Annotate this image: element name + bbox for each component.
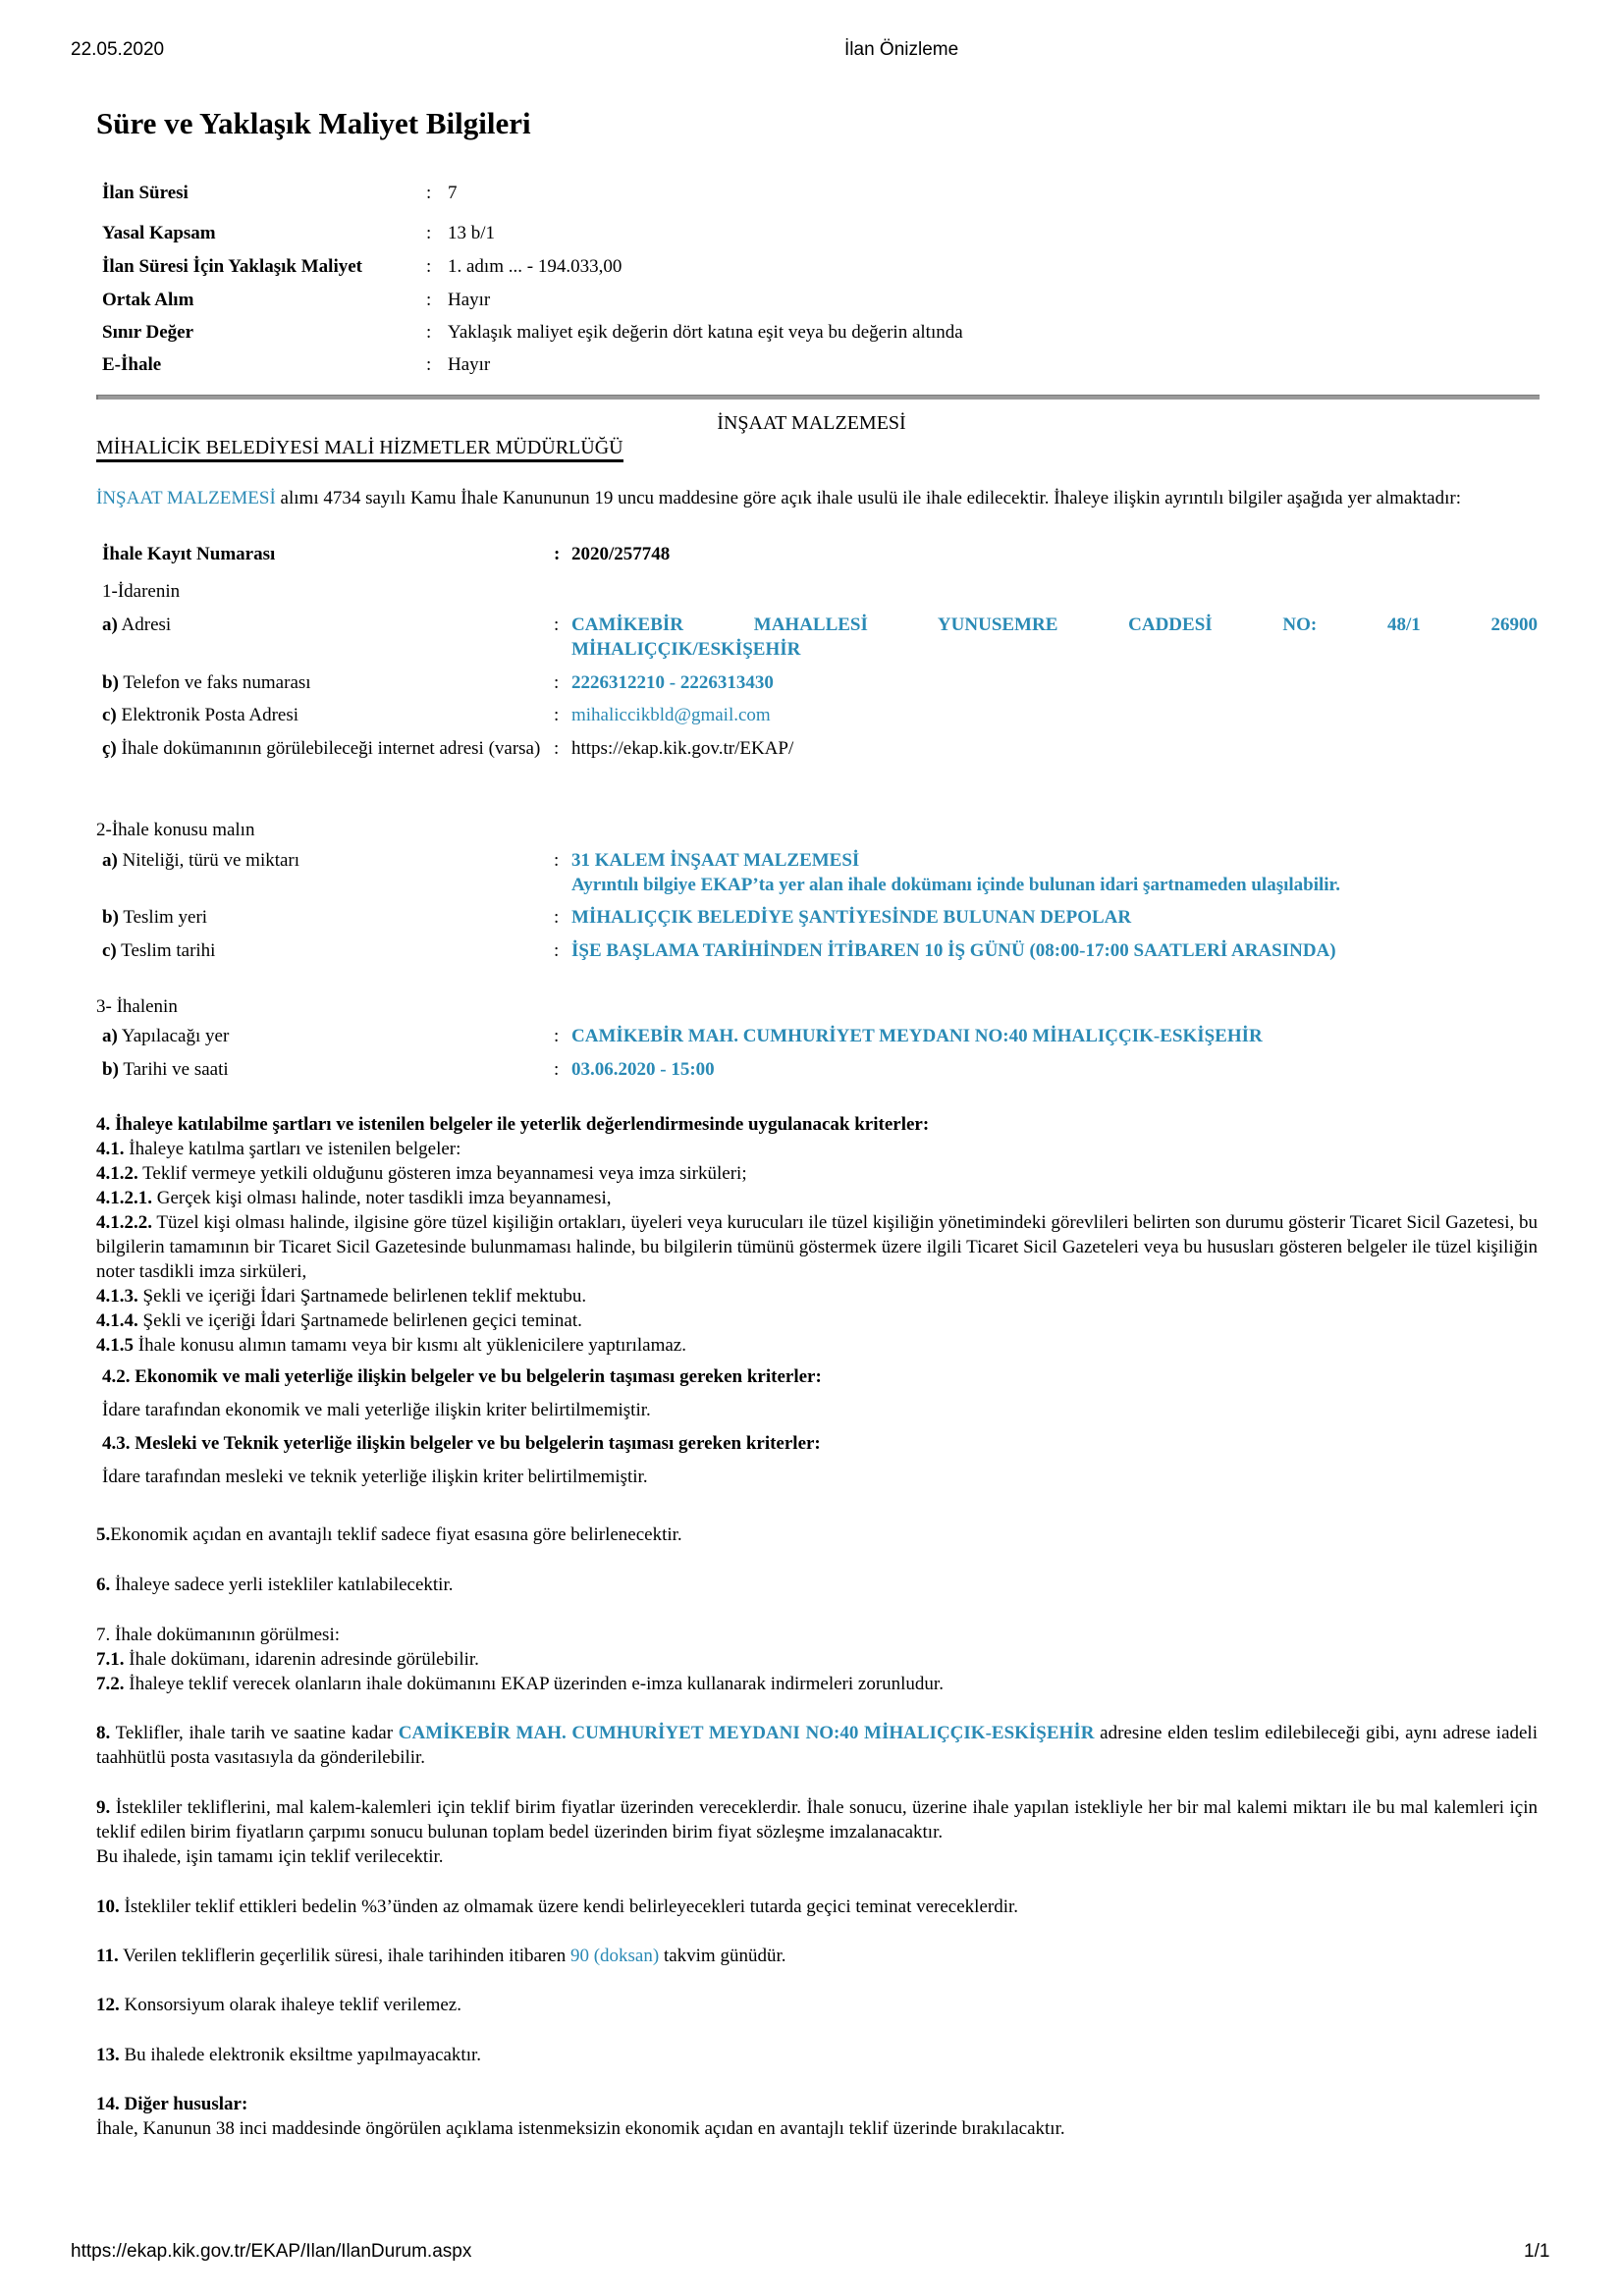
detail-row: ç) İhale dokümanının görülebileceği inte… [102,736,1538,761]
detail-row: a) Yapılacağı yer : CAMİKEBİR MAH. CUMHU… [102,1024,1538,1048]
item-9: 9. İstekliler tekliflerini, mal kalem-ka… [96,1795,1538,1844]
delivery-date: İŞE BAŞLAMA TARİHİNDEN İTİBAREN 10 İŞ GÜ… [571,938,1538,963]
section-1-heading: 1-İdarenin [102,579,180,604]
section-4-2-heading: 4.2. Ekonomik ve mali yeterliğe ilişkin … [102,1364,1543,1389]
detail-row: b) Teslim yeri : MİHALIÇÇIK BELEDİYE ŞAN… [102,905,1538,930]
summary-value: Hayır [448,290,1182,319]
summary-label: İlan Süresi [102,183,426,212]
item-10: 10. İstekliler teklif ettikleri bedelin … [96,1895,1538,1919]
intro-paragraph: İNŞAAT MALZEMESİ alımı 4734 sayılı Kamu … [96,486,1538,510]
detail-row: b) Telefon ve faks numarası : 2226312210… [102,670,1538,695]
criteria-item: 4.1.2.2. Tüzel kişi olması halinde, ilgi… [96,1210,1538,1284]
section-4-heading: 4. İhaleye katılabilme şartları ve isten… [96,1112,1538,1137]
item-7-2: 7.2. İhaleye teklif verecek olanların ih… [96,1672,1538,1696]
item-7-1: 7.1. İhale dokümanı, idarenin adresinde … [96,1647,1538,1672]
item-5: 5.Ekonomik açıdan en avantajlı teklif sa… [96,1522,1538,1547]
detail-row: a) Niteliği, türü ve miktarı : 31 KALEM … [102,848,1538,897]
item-description: 31 KALEM İNŞAAT MALZEMESİ Ayrıntılı bilg… [571,848,1538,897]
summary-title: Süre ve Yaklaşık Maliyet Bilgileri [96,106,531,141]
summary-label: İlan Süresi İçin Yaklaşık Maliyet [102,256,426,286]
print-title: İlan Önizleme [844,39,958,61]
address-value: CAMİKEBİR MAHALLESİ YUNUSEMRE CADDESİ NO… [571,613,1538,662]
detail-row: b) Tarihi ve saati : 03.06.2020 - 15:00 [102,1057,1538,1082]
criteria-item: 4.1.2.1. Gerçek kişi olması halinde, not… [96,1186,1538,1210]
print-footer-url: https://ekap.kik.gov.tr/EKAP/Ilan/IlanDu… [71,2241,471,2263]
summary-row: Sınır Değer : Yaklaşık maliyet eşik değe… [102,322,1182,351]
item-12: 12. Konsorsiyum olarak ihaleye teklif ve… [96,1993,1538,2017]
criteria-item: 4.1. İhaleye katılma şartları ve istenil… [96,1137,1538,1161]
summary-row: E-İhale : Hayır [102,354,1182,384]
submission-address: CAMİKEBİR MAH. CUMHURİYET MEYDANI NO:40 … [399,1723,1095,1743]
summary-row: İlan Süresi İçin Yaklaşık Maliyet : 1. a… [102,256,1182,286]
summary-value: 13 b/1 [448,223,1182,252]
summary-value: Yaklaşık maliyet eşik değerin dört katın… [448,322,1182,351]
section-4-3-heading: 4.3. Mesleki ve Teknik yeterliğe ilişkin… [102,1431,1543,1456]
section-4-2-text: İdare tarafından ekonomik ve mali yeterl… [102,1398,1543,1422]
item-8: 8. Teklifler, ihale tarih ve saatine kad… [96,1721,1538,1770]
summary-row: İlan Süresi : 7 [102,183,1182,212]
intro-highlight: İNŞAAT MALZEMESİ [96,488,276,508]
item-9-note: Bu ihalede, işin tamamı için teklif veri… [96,1844,1538,1869]
criteria-item: 4.1.3. Şekli ve içeriği İdari Şartnamede… [96,1284,1538,1308]
section-2-heading: 2-İhale konusu malın [96,818,254,842]
registry-number: 2020/257748 [571,542,1538,566]
summary-label: Ortak Alım [102,290,426,319]
criteria-item: 4.1.5 İhale konusu alımın tamamı veya bi… [96,1333,1538,1358]
organization-title: MİHALİCİK BELEDİYESİ MALİ HİZMETLER MÜDÜ… [96,436,623,462]
item-6: 6. İhaleye sadece yerli istekliler katıl… [96,1573,1538,1597]
item-14-text: İhale, Kanunun 38 inci maddesinde öngörü… [96,2116,1538,2141]
detail-row: c) Elektronik Posta Adresi : mihaliccikb… [102,703,1538,727]
item-13: 13. Bu ihalede elektronik eksiltme yapıl… [96,2043,1538,2067]
summary-label: E-İhale [102,354,426,384]
section-4-3-text: İdare tarafından mesleki ve teknik yeter… [102,1465,1543,1489]
validity-period: 90 (doksan) [570,1946,659,1966]
email-link[interactable]: mihaliccikbld@gmail.com [571,703,1538,727]
subject-title: İNŞAAT MALZEMESİ [0,412,1623,435]
summary-label: Sınır Değer [102,322,426,351]
summary-row: Yasal Kapsam : 13 b/1 [102,223,1182,252]
phone-value: 2226312210 - 2226313430 [571,670,1538,695]
criteria-item: 4.1.2. Teklif vermeye yetkili olduğunu g… [96,1161,1538,1186]
print-date: 22.05.2020 [71,39,164,61]
divider [96,395,1540,400]
tender-datetime: 03.06.2020 - 15:00 [571,1057,1538,1082]
registry-label: İhale Kayıt Numarası [102,542,554,566]
delivery-place: MİHALIÇÇIK BELEDİYE ŞANTİYESİNDE BULUNAN… [571,905,1538,930]
summary-value: 1. adım ... - 194.033,00 [448,256,1182,286]
summary-value: 7 [448,183,1182,212]
tender-place: CAMİKEBİR MAH. CUMHURİYET MEYDANI NO:40 … [571,1024,1538,1048]
criteria-item: 4.1.4. Şekli ve içeriği İdari Şartnamede… [96,1308,1538,1333]
print-footer-page: 1/1 [1524,2241,1549,2263]
summary-value: Hayır [448,354,1182,384]
website-link[interactable]: https://ekap.kik.gov.tr/EKAP/ [571,736,1538,761]
summary-label: Yasal Kapsam [102,223,426,252]
summary-row: Ortak Alım : Hayır [102,290,1182,319]
item-14-heading: 14. Diğer hususlar: [96,2092,1538,2116]
registry-row: İhale Kayıt Numarası : 2020/257748 [102,542,1538,566]
section-3-heading: 3- İhalenin [96,994,178,1019]
detail-row: a) Adresi : CAMİKEBİR MAHALLESİ YUNUSEMR… [102,613,1538,662]
item-7-heading: 7. İhale dokümanının görülmesi: [96,1623,1538,1647]
detail-row: c) Teslim tarihi : İŞE BAŞLAMA TARİHİNDE… [102,938,1538,963]
item-11: 11. Verilen tekliflerin geçerlilik süres… [96,1944,1538,1968]
